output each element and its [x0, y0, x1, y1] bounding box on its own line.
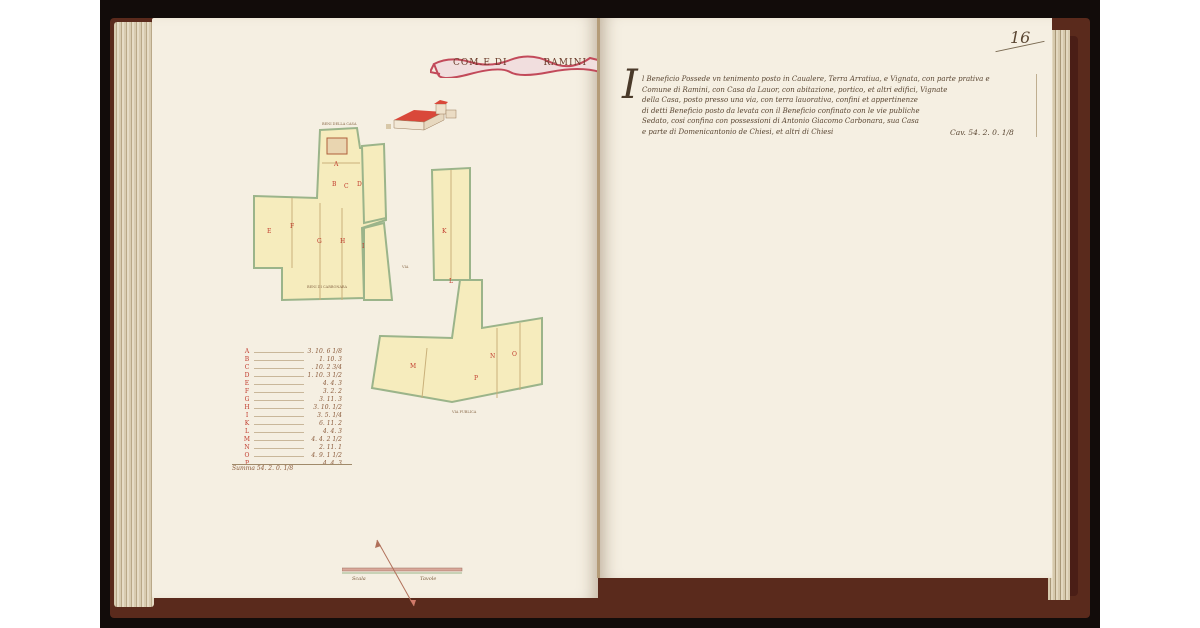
table-row: F3. 2. 2 — [242, 388, 342, 396]
svg-text:L: L — [449, 278, 453, 285]
table-row: D1. 10. 3 1/2 — [242, 372, 342, 380]
book-photo-backdrop: COM.E DIRAMINI — [100, 0, 1100, 628]
svg-text:G: G — [317, 238, 322, 245]
table-row: K6. 11. 2 — [242, 420, 342, 428]
decorated-initial: I — [622, 62, 638, 108]
table-row: B1. 10. 3 — [242, 356, 342, 364]
row-value: 3. 11. 3 — [306, 396, 342, 403]
svg-text:E: E — [267, 228, 271, 235]
row-value: 6. 11. 2 — [306, 420, 342, 427]
row-letter: N — [242, 444, 252, 451]
estate-map: ABCD EFGH IKL MNOP BENI DELLA CASA BENI … — [152, 18, 598, 598]
svg-text:D: D — [357, 181, 362, 188]
total-value: 54. 2. 0. 1/8 — [257, 465, 293, 472]
row-letter: D — [242, 372, 252, 379]
total-prefix: Summa — [232, 465, 255, 472]
entry-line: Sedato, cosi confina con possessioni di … — [642, 116, 1032, 127]
row-value: 4. 4. 2 1/2 — [306, 436, 342, 443]
scale-label-left: Scala — [352, 576, 366, 582]
svg-text:K: K — [442, 228, 447, 235]
row-value: 3. 10. 6 1/8 — [306, 348, 342, 355]
table-row: I3. 5. 1/4 — [242, 412, 342, 420]
row-value: 4. 4. 3 — [306, 380, 342, 387]
row-letter: F — [242, 388, 252, 395]
property-description-entry: I l Beneficio Possede vn tenimento posto… — [620, 70, 1040, 140]
svg-text:P: P — [474, 375, 478, 382]
row-value: 3. 10. 1/2 — [306, 404, 342, 411]
row-letter: E — [242, 380, 252, 387]
svg-text:BENI DI CARBONARA: BENI DI CARBONARA — [307, 285, 348, 289]
row-value: 1. 10. 3 — [306, 356, 342, 363]
page-stack-left — [114, 22, 154, 607]
entry-line: Comune di Ramini, con Casa da Lauor, con… — [642, 85, 1032, 96]
row-letter: H — [242, 404, 252, 411]
table-total: Summa 54. 2. 0. 1/8 — [232, 464, 352, 472]
row-value: 3. 2. 2 — [306, 388, 342, 395]
left-page: COM.E DIRAMINI — [152, 18, 598, 598]
table-row: N2. 11. 1 — [242, 444, 342, 452]
row-letter: B — [242, 356, 252, 363]
row-letter: A — [242, 348, 252, 355]
row-letter: I — [242, 412, 252, 419]
svg-text:BENI DELLA CASA: BENI DELLA CASA — [322, 122, 357, 126]
svg-text:A: A — [333, 161, 339, 168]
entry-total: Cav. 54. 2. 0. 1/8 — [950, 128, 1014, 137]
svg-text:M: M — [410, 363, 416, 370]
entry-line: l Beneficio Possede vn tenimento posto i… — [642, 74, 1032, 85]
scale-label-right: Tavole — [420, 576, 436, 582]
table-row: M4. 4. 2 1/2 — [242, 436, 342, 444]
row-letter: M — [242, 436, 252, 443]
parcel-area-table: A3. 10. 6 1/8 B1. 10. 3 C. 10. 2 3/4 D1.… — [242, 348, 342, 473]
svg-text:VIA: VIA — [401, 265, 409, 269]
table-row: A3. 10. 6 1/8 — [242, 348, 342, 356]
table-row: O4. 9. 1 1/2 — [242, 452, 342, 460]
entry-line: di detti Beneficio posto da levata con i… — [642, 106, 1032, 117]
table-row: G3. 11. 3 — [242, 396, 342, 404]
row-value: 3. 5. 1/4 — [306, 412, 342, 419]
row-letter: C — [242, 364, 252, 371]
row-value: 1. 10. 3 1/2 — [306, 372, 342, 379]
table-row: L4. 4. 3 — [242, 428, 342, 436]
svg-text:N: N — [490, 353, 495, 360]
svg-text:O: O — [512, 351, 517, 358]
row-value: 4. 4. 3 — [306, 428, 342, 435]
scale-bar-and-compass: Scala Tavole — [342, 538, 502, 608]
table-row: E4. 4. 3 — [242, 380, 342, 388]
row-letter: K — [242, 420, 252, 427]
table-row: H3. 10. 1/2 — [242, 404, 342, 412]
row-value: 2. 11. 1 — [306, 444, 342, 451]
row-letter: L — [242, 428, 252, 435]
row-value: . 10. 2 3/4 — [306, 364, 342, 371]
entry-line: della Casa, posto presso una via, con te… — [642, 95, 1032, 106]
svg-text:C: C — [344, 183, 349, 190]
table-row: C. 10. 2 3/4 — [242, 364, 342, 372]
row-letter: G — [242, 396, 252, 403]
row-value: 4. 9. 1 1/2 — [306, 452, 342, 459]
svg-text:F: F — [290, 223, 294, 230]
svg-text:VIA PUBLICA: VIA PUBLICA — [451, 410, 477, 414]
row-letter: O — [242, 452, 252, 459]
svg-text:H: H — [340, 238, 345, 245]
svg-text:B: B — [332, 181, 337, 188]
